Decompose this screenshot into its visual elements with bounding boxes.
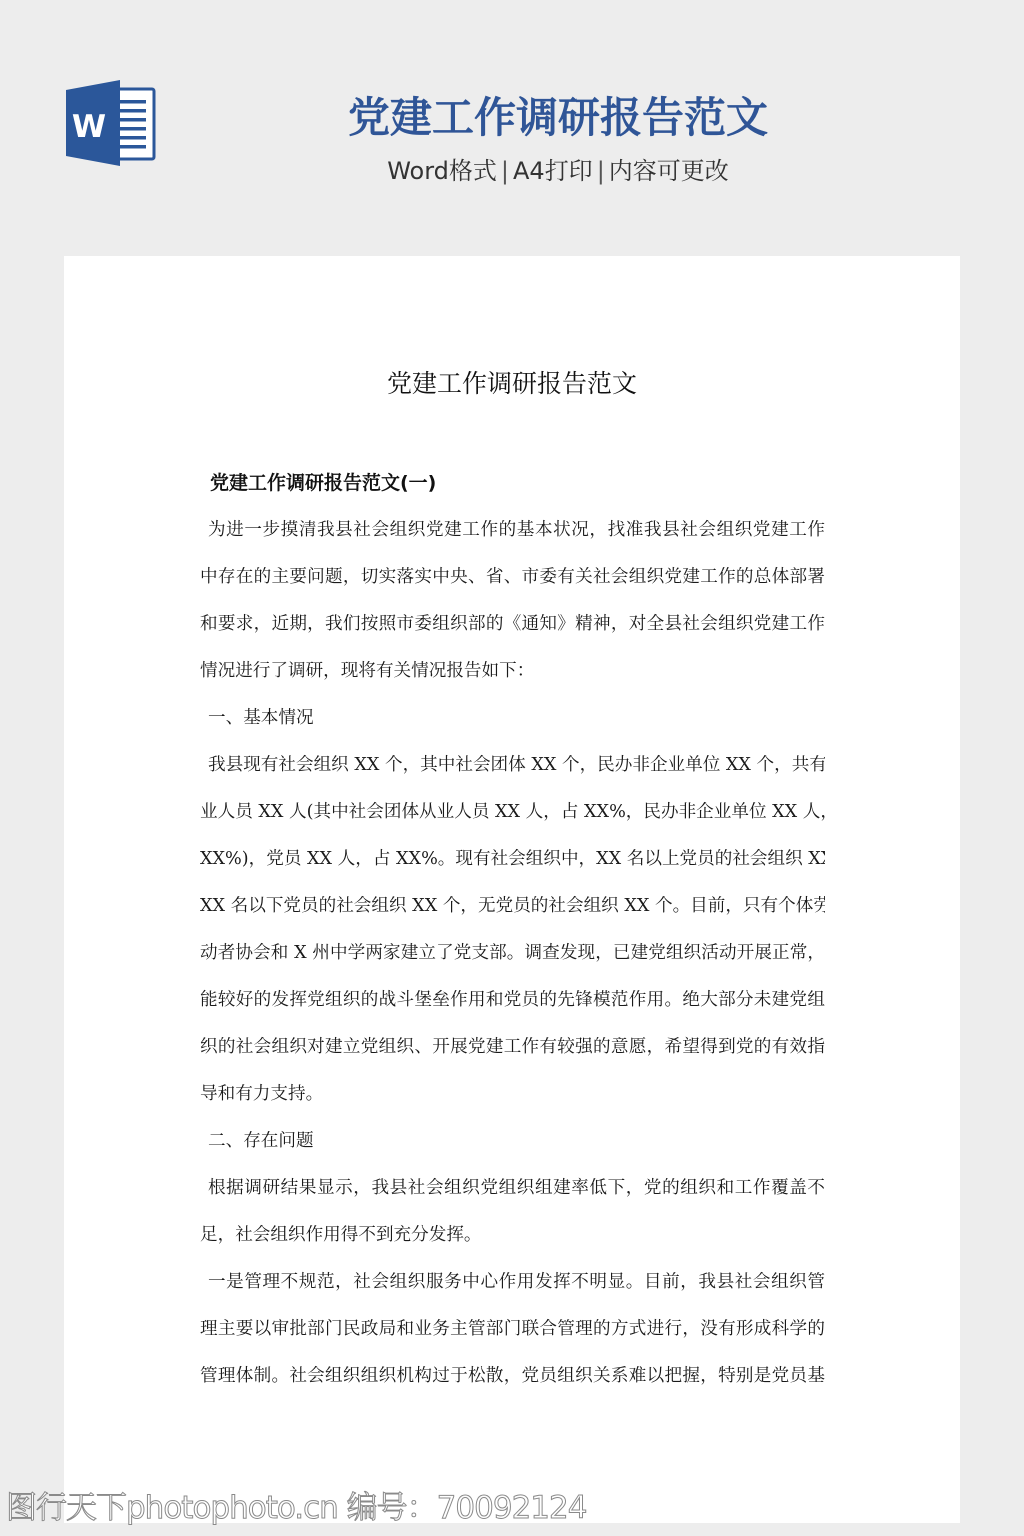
document-page: 党建工作调研报告范文 党建工作调研报告范文(一) 为进一步摸清我县社会组织党建工… <box>64 256 960 1523</box>
text-line: XX 名以下党员的社会组织 XX 个，无党员的社会组织 XX 个。目前，只有个体… <box>200 883 825 930</box>
subtitle-print: A4打印 <box>513 157 593 185</box>
text-line: 导和有力支持。 <box>200 1071 825 1118</box>
text-line: 中存在的主要问题，切实落实中央、省、市委有关社会组织党建工作的总体部署 <box>200 554 825 601</box>
section-title-basic-situation: 一、基本情况 <box>200 695 825 742</box>
paragraph-basic-situation: 我县现有社会组织 XX 个，其中社会团体 XX 个，民办非企业单位 XX 个，共… <box>200 742 825 1118</box>
subtitle-separator: | <box>497 157 513 185</box>
header-title: 党建工作调研报告范文 <box>330 90 786 146</box>
header-subtitle: Word格式|A4打印|内容可更改 <box>330 152 786 190</box>
document-body: 党建工作调研报告范文(一) 为进一步摸清我县社会组织党建工作的基本状况，找准我县… <box>200 460 825 1400</box>
text-line: 足，社会组织作用得不到充分发挥。 <box>200 1212 825 1259</box>
document-heading: 党建工作调研报告范文(一) <box>200 460 825 507</box>
paragraph-problem-one: 一是管理不规范，社会组织服务中心作用发挥不明显。目前，我县社会组织管 理主要以审… <box>200 1259 825 1400</box>
subtitle-format: Word格式 <box>387 157 497 185</box>
svg-text:W: W <box>72 109 106 145</box>
text-line: 根据调研结果显示，我县社会组织党组织组建率低下，党的组织和工作覆盖不 <box>200 1165 825 1212</box>
section-title-existing-problems: 二、存在问题 <box>200 1118 825 1165</box>
text-line: 和要求，近期，我们按照市委组织部的《通知》精神，对全县社会组织党建工作 <box>200 601 825 648</box>
subtitle-editable: 内容可更改 <box>609 157 729 185</box>
text-line: 织的社会组织对建立党组织、开展党建工作有较强的意愿，希望得到党的有效指 <box>200 1024 825 1071</box>
text-line: 能较好的发挥党组织的战斗堡垒作用和党员的先锋模范作用。绝大部分未建党组 <box>200 977 825 1024</box>
text-line: 业人员 XX 人(其中社会团体从业人员 XX 人，占 XX%，民办非企业单位 X… <box>200 789 825 836</box>
text-line: 我县现有社会组织 XX 个，其中社会团体 XX 个，民办非企业单位 XX 个，共… <box>200 742 825 789</box>
text-line: 为进一步摸清我县社会组织党建工作的基本状况，找准我县社会组织党建工作 <box>200 507 825 554</box>
text-line: XX%)，党员 XX 人，占 XX%。现有社会组织中，XX 名以上党员的社会组织… <box>200 836 825 883</box>
text-line: 管理体制。社会组织组织机构过于松散，党员组织关系难以把握，特别是党员基 <box>200 1353 825 1400</box>
document-title: 党建工作调研报告范文 <box>64 366 960 402</box>
subtitle-separator: | <box>593 157 609 185</box>
text-line: 动者协会和 X 州中学两家建立了党支部。调查发现，已建党组织活动开展正常， <box>200 930 825 977</box>
text-line: 理主要以审批部门民政局和业务主管部门联合管理的方式进行，没有形成科学的 <box>200 1306 825 1353</box>
text-line: 一是管理不规范，社会组织服务中心作用发挥不明显。目前，我县社会组织管 <box>200 1259 825 1306</box>
word-document-icon: W <box>64 80 156 166</box>
text-line: 情况进行了调研，现将有关情况报告如下： <box>200 648 825 695</box>
paragraph-intro: 为进一步摸清我县社会组织党建工作的基本状况，找准我县社会组织党建工作 中存在的主… <box>200 507 825 695</box>
paragraph-problems-summary: 根据调研结果显示，我县社会组织党组织组建率低下，党的组织和工作覆盖不 足，社会组… <box>200 1165 825 1259</box>
watermark-text: 图行天下photophoto.cn 编号：70092124 <box>6 1490 586 1526</box>
